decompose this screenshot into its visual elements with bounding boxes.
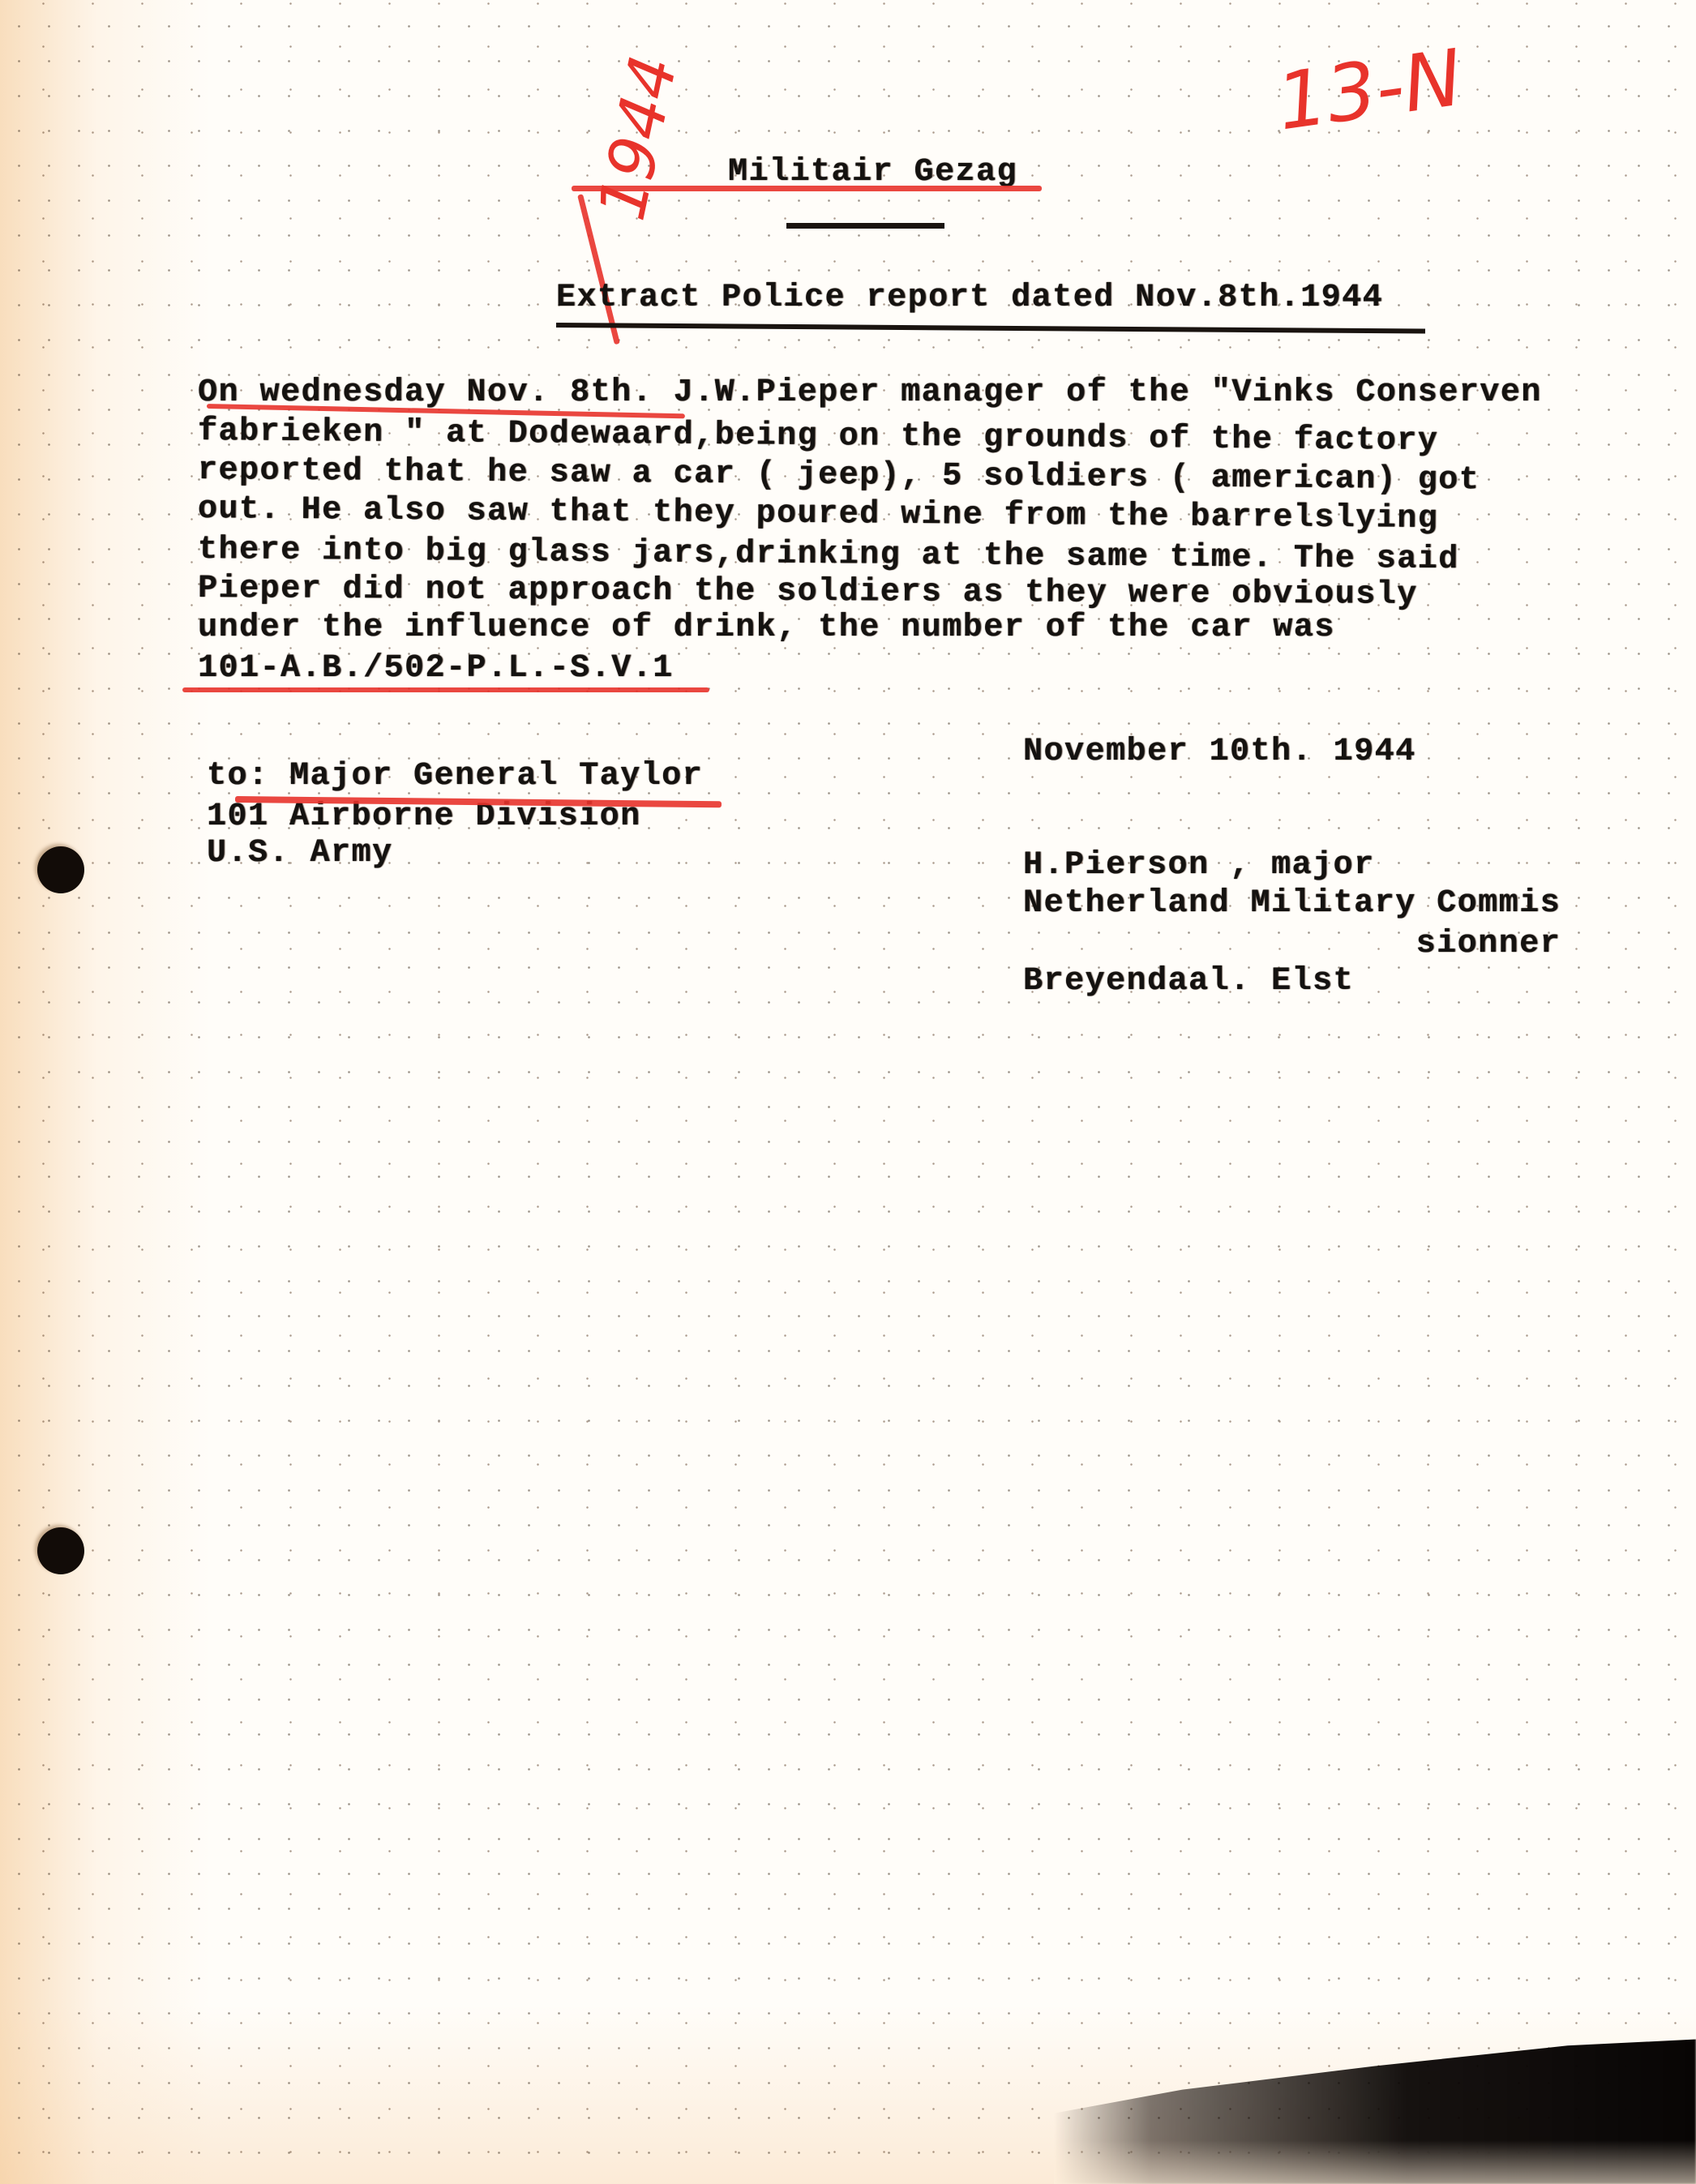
- signature-line: sionner: [1023, 926, 1561, 962]
- subheading-underline: [556, 323, 1425, 333]
- signature-line: Netherland Military Commis: [1023, 885, 1561, 922]
- handwritten-page-number: 13-N: [1271, 32, 1467, 148]
- body-line: fabrieken " at Dodewaard,being on the gr…: [198, 413, 1439, 460]
- body-line: under the influence of drink, the number…: [198, 610, 1335, 646]
- handwritten-year-annotation: 1944: [584, 49, 692, 226]
- hole-punch: [37, 846, 84, 893]
- document-date: November 10th. 1944: [1023, 734, 1416, 770]
- body-line: 101-A.B./502-P.L.-S.V.1: [198, 650, 674, 687]
- body-line: On wednesday Nov. 8th. J.W.Pieper manage…: [198, 375, 1542, 411]
- heading-rule: [786, 223, 944, 229]
- scan-smear-fade: [1054, 2140, 1696, 2184]
- signature-line: Breyendaal. Elst: [1023, 963, 1354, 1000]
- body-line: out. He also saw that they poured wine f…: [198, 491, 1439, 537]
- heading-red-underline: [572, 186, 1042, 191]
- addressee-line: U.S. Army: [207, 835, 393, 871]
- document-subheading: Extract Police report dated Nov.8th.1944: [556, 280, 1383, 316]
- signature-line: H.Pierson , major: [1023, 847, 1375, 884]
- car-number-red-underline: [182, 687, 709, 692]
- addressee-line: to: Major General Taylor: [207, 758, 703, 794]
- body-line: reported that he saw a car ( jeep), 5 so…: [198, 452, 1480, 499]
- body-line: Pieper did not approach the soldiers as …: [198, 571, 1418, 614]
- hole-punch: [37, 1527, 84, 1574]
